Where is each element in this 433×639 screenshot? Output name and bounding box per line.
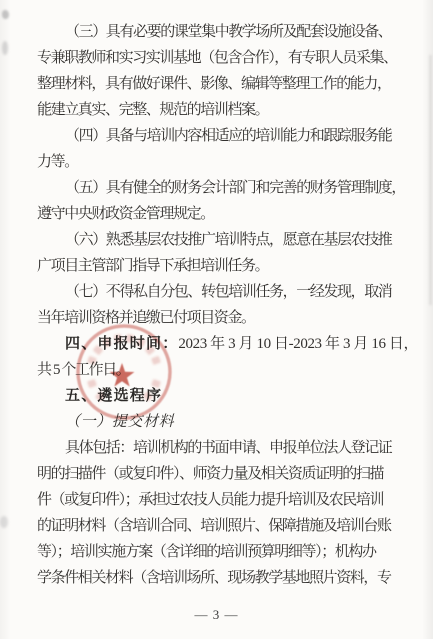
text-line: 广项目主管部门指导下承担培训任务。 bbox=[37, 253, 403, 279]
text-segment: 五、遴选程序 bbox=[65, 387, 162, 404]
text-segment: （四）具备与培训内容相适应的培训能力和跟踪服务能 bbox=[65, 128, 391, 144]
text-segment: 共 5 个工作日。 bbox=[37, 362, 129, 378]
text-line: 共 5 个工作日。 bbox=[37, 357, 403, 383]
text-line: 等）；培训实施方案（含详细的培训预算明细等）；机构办 bbox=[37, 539, 403, 565]
text-segment: （六）熟悉基层农技推广培训特点，愿意在基层农技推 bbox=[65, 232, 391, 248]
text-segment: 力等。 bbox=[37, 154, 78, 170]
text-segment: （一）提交材料 bbox=[65, 414, 174, 430]
text-line: 能建立真实、完整、规范的培训档案。 bbox=[37, 97, 403, 123]
text-segment: 具体包括：培训机构的书面申请、申报单位法人登记证 bbox=[65, 440, 391, 456]
text-segment: 学条件相关材料（含培训场所、现场教学基地照片资料，专 bbox=[37, 570, 391, 586]
scan-smudge bbox=[2, 10, 9, 19]
text-line: 的证明材料（含培训合同、培训照片、保障措施及培训台账 bbox=[37, 513, 403, 539]
text-line: （一）提交材料 bbox=[37, 409, 403, 435]
text-line: （五）具有健全的财务会计部门和完善的财务管理制度， bbox=[37, 175, 403, 201]
text-line: 整理材料，具有做好课件、影像、编辑等整理工作的能力， bbox=[37, 71, 403, 97]
text-line: 明的扫描件（或复印件）、师资力量及相关资质证明的扫描 bbox=[37, 461, 403, 487]
text-segment: 2023 年 3 月 10 日-2023 年 3 月 16 日， bbox=[178, 336, 418, 352]
scan-streak bbox=[429, 55, 432, 305]
text-line: 五、遴选程序 bbox=[37, 383, 403, 409]
text-segment: 当年培训资格并追缴已付项目资金。 bbox=[37, 310, 255, 326]
text-segment: 件（或复印件）；承担过农技人员能力提升培训及农民培训 bbox=[37, 492, 383, 508]
text-segment: 专兼职教师和实习实训基地（包含合作），有专职人员采集、 bbox=[37, 50, 397, 66]
document-body: （三）具有必要的课堂集中教学场所及配套设施设备、专兼职教师和实习实训基地（包含合… bbox=[37, 19, 403, 591]
text-line: 当年培训资格并追缴已付项目资金。 bbox=[37, 305, 403, 331]
text-line: （六）熟悉基层农技推广培训特点，愿意在基层农技推 bbox=[37, 227, 403, 253]
text-segment: 遵守中央财政资金管理规定。 bbox=[37, 206, 214, 222]
text-segment: 能建立真实、完整、规范的培训档案。 bbox=[37, 102, 268, 118]
text-segment: 的证明材料（含培训合同、培训照片、保障措施及培训台账 bbox=[37, 518, 391, 534]
text-segment: （七）不得私自分包、转包培训任务，一经发现，取消 bbox=[65, 284, 391, 300]
text-segment: （三）具有必要的课堂集中教学场所及配套设施设备、 bbox=[65, 24, 391, 40]
page-number: — 3 — bbox=[0, 602, 433, 628]
text-line: 四、申报时间：2023 年 3 月 10 日-2023 年 3 月 16 日， bbox=[37, 331, 403, 357]
text-segment: （五）具有健全的财务会计部门和完善的财务管理制度， bbox=[65, 180, 405, 196]
text-line: （七）不得私自分包、转包培训任务，一经发现，取消 bbox=[37, 279, 403, 305]
text-segment: 明的扫描件（或复印件）、师资力量及相关资质证明的扫描 bbox=[37, 466, 383, 482]
scan-smudge bbox=[0, 516, 8, 528]
text-segment: 广项目主管部门指导下承担培训任务。 bbox=[37, 258, 268, 274]
text-line: 具体包括：培训机构的书面申请、申报单位法人登记证 bbox=[37, 435, 403, 461]
text-line: （三）具有必要的课堂集中教学场所及配套设施设备、 bbox=[37, 19, 403, 45]
text-line: 力等。 bbox=[37, 149, 403, 175]
text-line: 专兼职教师和实习实训基地（包含合作），有专职人员采集、 bbox=[37, 45, 403, 71]
scan-smudge bbox=[2, 41, 8, 55]
text-segment: 四、申报时间： bbox=[65, 335, 178, 352]
text-line: 件（或复印件）；承担过农技人员能力提升培训及农民培训 bbox=[37, 487, 403, 513]
text-line: 遵守中央财政资金管理规定。 bbox=[37, 201, 403, 227]
text-segment: 等）；培训实施方案（含详细的培训预算明细等）；机构办 bbox=[37, 544, 376, 560]
text-line: （四）具备与培训内容相适应的培训能力和跟踪服务能 bbox=[37, 123, 403, 149]
text-line: 学条件相关材料（含培训场所、现场教学基地照片资料，专 bbox=[37, 565, 403, 591]
document-page: （三）具有必要的课堂集中教学场所及配套设施设备、专兼职教师和实习实训基地（包含合… bbox=[0, 0, 433, 639]
text-segment: 整理材料，具有做好课件、影像、编辑等整理工作的能力， bbox=[37, 76, 391, 92]
